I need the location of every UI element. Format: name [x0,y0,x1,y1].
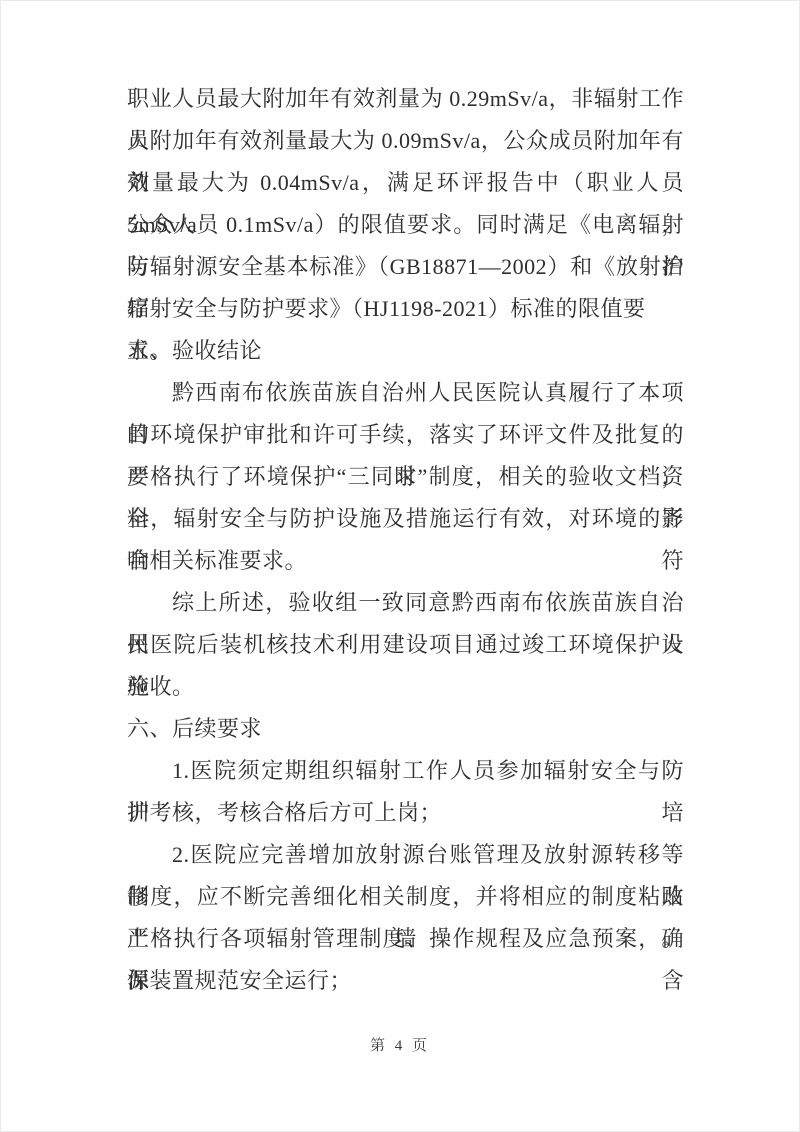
doc-line: 综上所述，验收组一致同意黔西南布依族苗族自治州人 [127,582,684,624]
doc-line: 辐射安全与防护要求》（HJ1198-2021）标准的限值要求。 [127,288,684,330]
doc-line: 员附加年有效剂量最大为 0.09mSv/a，公众成员附加年有效 [127,120,684,162]
doc-line: 严格执行了环境保护“三同时”制度，相关的验收文档资料齐 [127,456,684,498]
doc-line: 剂量最大为 0.04mSv/a，满足环评报告中（职业人员 5mSv/a， [127,162,684,204]
doc-line: 验收。 [127,666,684,708]
doc-line: 制度，应不断完善细化相关制度，并将相应的制度粘贴上墙。 [127,876,684,918]
doc-line: 与辐射源安全基本标准》（GB18871—2002）和《放射治疗 [127,246,684,288]
document-body: 职业人员最大附加年有效剂量为 0.29mSv/a，非辐射工作人 员附加年有效剂量… [127,78,684,1002]
section-heading-conclusion: 五、验收结论 [127,330,684,372]
doc-line: 的环境保护审批和许可手续，落实了环评文件及批复的要求， [127,414,684,456]
doc-line: 全，辐射安全与防护设施及措施运行有效，对环境的影响符 [127,498,684,540]
doc-line: 2.医院应完善增加放射源台账管理及放射源转移等修改 [127,834,684,876]
document-page: 职业人员最大附加年有效剂量为 0.29mSv/a，非辐射工作人 员附加年有效剂量… [0,0,800,1132]
doc-line: 严格执行各项辐射管理制度、操作规程及应急预案，确保含 [127,918,684,960]
doc-line: 职业人员最大附加年有效剂量为 0.29mSv/a，非辐射工作人 [127,78,684,120]
doc-line: 1.医院须定期组织辐射工作人员参加辐射安全与防护培 [127,750,684,792]
doc-line: 公众人员 0.1mSv/a）的限值要求。同时满足《电离辐射防护 [127,204,684,246]
doc-line: 黔西南布依族苗族自治州人民医院认真履行了本项目 [127,372,684,414]
page-number: 第 4 页 [1,1036,799,1056]
section-heading-followup: 六、后续要求 [127,708,684,750]
doc-line: 民医院后装机核技术利用建设项目通过竣工环境保护设施 [127,624,684,666]
